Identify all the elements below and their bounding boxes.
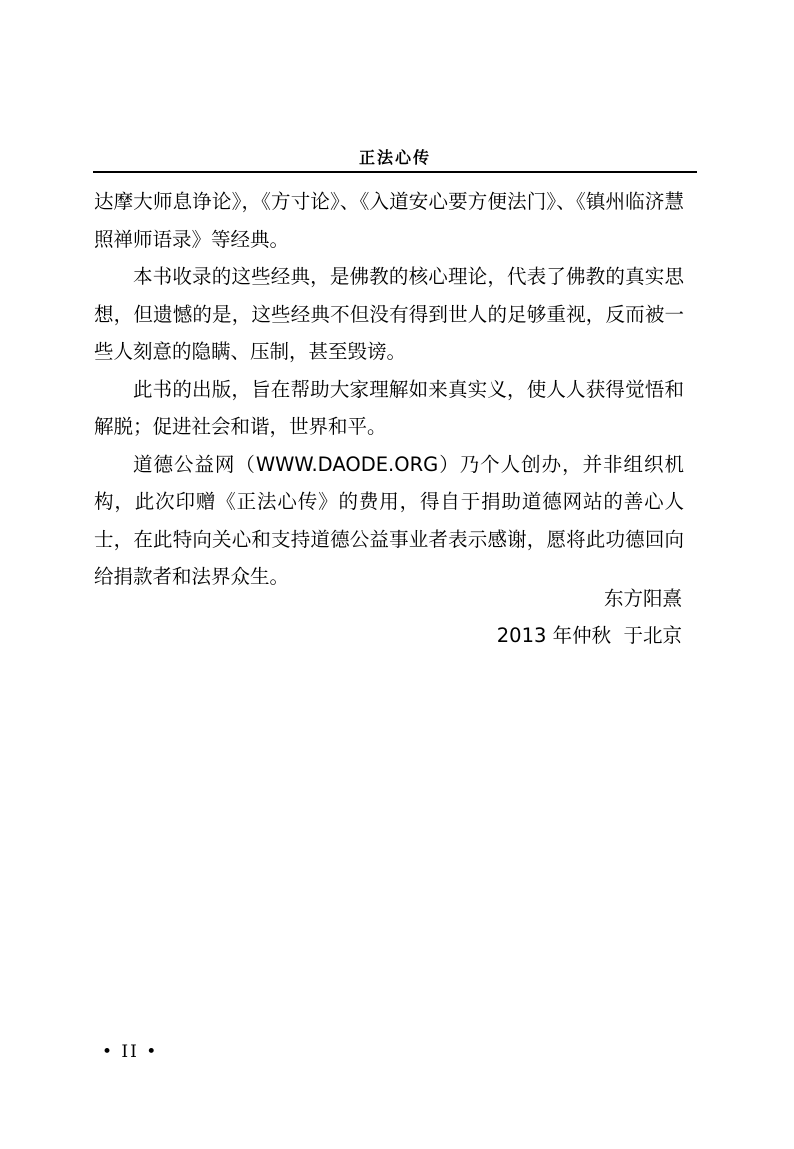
page-number: • II • (102, 1042, 158, 1062)
paragraph: 本书收录的这些经典，是佛教的核心理论，代表了佛教的真实思想，但遗憾的是，这些经典… (94, 258, 684, 371)
signature-author: 东方阳熹 (497, 580, 682, 617)
signature-date-place: 2013 年仲秋 于北京 (497, 617, 682, 654)
paragraph: 道德公益网（WWW.DAODE.ORG）乃个人创办，并非组织机构，此次印赠《正法… (94, 446, 684, 596)
header-rule (93, 171, 697, 173)
paragraph: 此书的出版，旨在帮助大家理解如来真实义，使人人获得觉悟和解脱；促进社会和谐，世界… (94, 371, 684, 446)
body-text: 达摩大师息诤论》，《方寸论》、《入道安心要方便法门》、《镇州临济慧照禅师语录》等… (94, 183, 684, 596)
signature-block: 东方阳熹 2013 年仲秋 于北京 (497, 580, 682, 654)
running-header-title: 正法心传 (93, 145, 697, 168)
paragraph: 达摩大师息诤论》，《方寸论》、《入道安心要方便法门》、《镇州临济慧照禅师语录》等… (94, 183, 684, 258)
